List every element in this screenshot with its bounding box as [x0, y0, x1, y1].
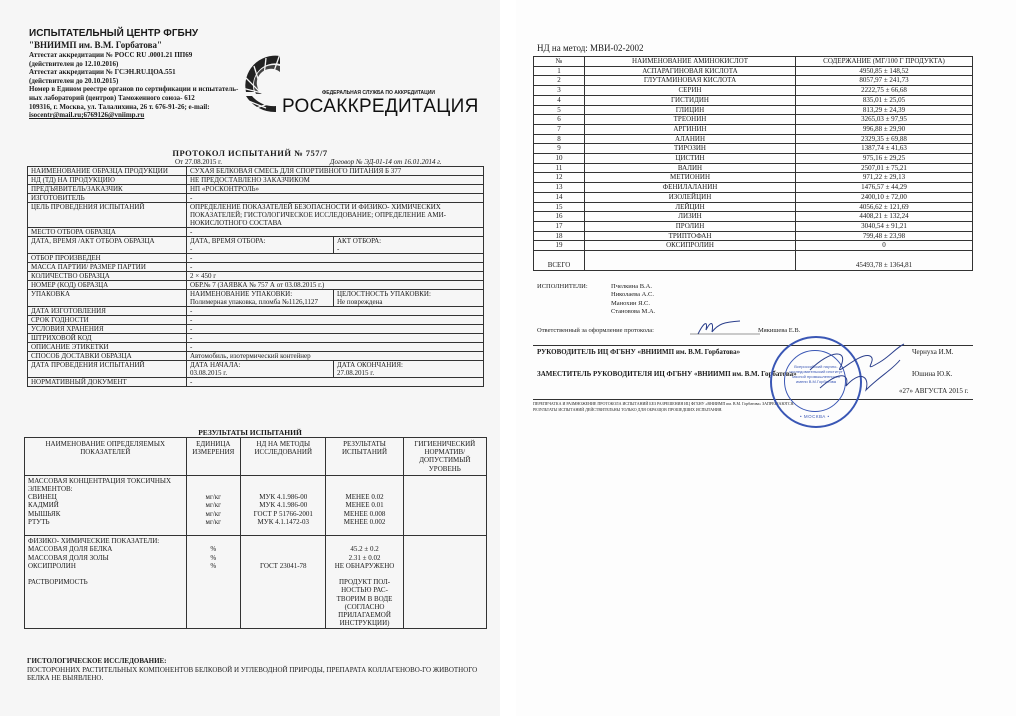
executor-name: Николаева А.С.: [611, 291, 655, 299]
results-group: ФИЗИКО- ХИМИЧЕСКИЕ ПОКАЗАТЕЛИ:МАССОВАЯ Д…: [25, 536, 487, 629]
info-key: ДАТА, ВРЕМЯ /АКТ ОТБОРА ОБРАЗЦА: [28, 237, 187, 254]
info-value: Автомобиль, изотермический контейнер: [187, 352, 484, 361]
amino-number: 18: [534, 231, 585, 241]
info-row: ЦЕЛЬ ПРОВЕДЕНИЯ ИСПЫТАНИЙОПРЕДЕЛЕНИЕ ПОК…: [28, 203, 484, 228]
info-subcell: ДАТА ОКОНЧАНИЯ:27.08.2015 г.: [334, 361, 484, 378]
info-row: ОТБОР ПРОИЗВЕДЕН-: [28, 254, 484, 263]
amino-number: 6: [534, 115, 585, 125]
results-header: РЕЗУЛЬТАТЫ ИСПЫТАНИЙ: [326, 438, 403, 476]
amino-total-label: ВСЕГО: [534, 251, 585, 271]
amino-header: НАИМЕНОВАНИЕ АМИНОКИСЛОТ: [585, 57, 796, 67]
method-value: [244, 545, 322, 553]
amino-name: ТРИПТОФАН: [585, 231, 796, 241]
info-key: УПАКОВКА: [28, 290, 187, 307]
info-value: -: [187, 228, 484, 237]
amino-number: 1: [534, 66, 585, 76]
footnote-line-1: ПЕРЕПЕЧАТКА И РАЗМНОЖЕНИЕ ПРОТОКОЛА ИСПЫ…: [533, 401, 794, 407]
indicator-name: СВИНЕЦ: [28, 493, 183, 501]
info-key: НД (ТД) НА ПРОДУКЦИЮ: [28, 176, 187, 185]
info-row: ИЗГОТОВИТЕЛЬ-: [28, 194, 484, 203]
info-row: СРОК ГОДНОСТИ-: [28, 316, 484, 325]
amino-name: ФЕНИЛАЛАНИН: [585, 183, 796, 193]
stamp-city: • МОСКВА •: [800, 414, 830, 419]
amino-number: 17: [534, 221, 585, 231]
amino-row: 10ЦИСТИН975,16 ± 29,25: [534, 154, 973, 164]
method-value: [244, 554, 322, 562]
info-value: НЕ ПРЕДОСТАВЛЕНО ЗАКАЗЧИКОМ: [187, 176, 484, 185]
info-value: ОБР.№ 7 (ЗАЯВКА № 757 А от 03.08.2015 г.…: [187, 281, 484, 290]
spacer: [190, 477, 238, 485]
info-row: КОЛИЧЕСТВО ОБРАЗЦА2 × 450 г: [28, 272, 484, 281]
info-row: ШТРИХОВОЙ КОД-: [28, 334, 484, 343]
info-value: -: [187, 325, 484, 334]
info-value: -: [187, 307, 484, 316]
amino-number: 10: [534, 154, 585, 164]
amino-number: 16: [534, 212, 585, 222]
amino-number: 8: [534, 134, 585, 144]
info-value: ОПРЕДЕЛЕНИЕ ПОКАЗАТЕЛЕЙ БЕЗОПАСНОСТИ И Ф…: [187, 203, 484, 228]
footnote: ПЕРЕПЕЧАТКА И РАЗМНОЖЕНИЕ ПРОТОКОЛА ИСПЫ…: [533, 401, 794, 412]
info-key: СПОСОБ ДОСТАВКИ ОБРАЗЦА: [28, 352, 187, 361]
amino-value: 8057,97 ± 241,73: [796, 76, 973, 86]
result-value: МЕНЕЕ 0.008: [329, 510, 399, 518]
unit-value: мг/кг: [190, 501, 238, 509]
head-title: РУКОВОДИТЕЛЬ ИЦ ФГБНУ «ВНИИМП им. В.М. Г…: [537, 348, 740, 356]
info-value: -: [187, 263, 484, 272]
amino-row: 9ТИРОЗИН1387,74 ± 41,63: [534, 144, 973, 154]
amino-value: 4408,21 ± 132,24: [796, 212, 973, 222]
indicator-name: МАССОВАЯ ДОЛЯ ЗОЛЫ: [28, 554, 183, 562]
sub-value: Не повреждена: [337, 298, 480, 306]
results-header: ЕДИНИЦА ИЗМЕРЕНИЯ: [186, 438, 241, 476]
info-key: УСЛОВИЯ ХРАНЕНИЯ: [28, 325, 187, 334]
results-header: НАИМЕНОВАНИЕ ОПРЕДЕЛЯЕМЫХ ПОКАЗАТЕЛЕЙ: [25, 438, 187, 476]
method-cell: ГОСТ 23041-78: [241, 536, 326, 629]
method-value: МУК 4.1.1472-03: [244, 518, 322, 526]
sub-value: 27.08.2015 г.: [337, 369, 480, 377]
amino-name: ГЛУТАМИНОВАЯ КИСЛОТА: [585, 76, 796, 86]
amino-number: 7: [534, 124, 585, 134]
method-reference: НД на метод: МВИ-02-2002: [537, 43, 644, 53]
amino-value: 971,22 ± 29,13: [796, 173, 973, 183]
amino-acid-table: №НАИМЕНОВАНИЕ АМИНОКИСЛОТСОДЕРЖАНИЕ (МГ/…: [533, 56, 973, 271]
amino-row: 4ГИСТИДИН835,01 ± 25,05: [534, 95, 973, 105]
info-key: ОПИСАНИЕ ЭТИКЕТКИ: [28, 343, 187, 352]
results-group: МАССОВАЯ КОНЦЕНТРАЦИЯ ТОКСИЧНЫХ ЭЛЕМЕНТО…: [25, 475, 487, 535]
unit-cell: %%%: [186, 536, 241, 629]
amino-total-row: ВСЕГО45493,78 ± 1364,81: [534, 251, 973, 271]
spacer: [28, 570, 183, 578]
amino-name: ЛИЗИН: [585, 212, 796, 222]
spacer: [244, 477, 322, 485]
amino-number: 14: [534, 192, 585, 202]
group-title: ФИЗИКО- ХИМИЧЕСКИЕ ПОКАЗАТЕЛИ:: [28, 537, 183, 545]
histology-text: ПОСТОРОННИХ РАСТИТЕЛЬНЫХ КОМПОНЕНТОВ БЕЛ…: [27, 666, 487, 683]
info-key: МАССА ПАРТИИ/ РАЗМЕР ПАРТИИ: [28, 263, 187, 272]
amino-name: ТИРОЗИН: [585, 144, 796, 154]
amino-row: 2ГЛУТАМИНОВАЯ КИСЛОТА8057,97 ± 241,73: [534, 76, 973, 86]
signature-icon: [800, 340, 910, 398]
amino-value: 2222,75 ± 66,68: [796, 86, 973, 96]
amino-name: ИЗОЛЕЙЦИН: [585, 192, 796, 202]
amino-row: 8АЛАНИН2329,35 ± 69,88: [534, 134, 973, 144]
spacer: [329, 570, 399, 578]
info-row: НАИМЕНОВАНИЕ ОБРАЗЦА ПРОДУКЦИИСУХАЯ БЕЛК…: [28, 167, 484, 176]
sub-label: ДАТА, ВРЕМЯ ОТБОРА:: [190, 237, 330, 245]
info-value: 2 × 450 г: [187, 272, 484, 281]
amino-name: ГИСТИДИН: [585, 95, 796, 105]
result-cell: МЕНЕЕ 0.02МЕНЕЕ 0.01МЕНЕЕ 0.008МЕНЕЕ 0.0…: [326, 475, 403, 535]
info-key: СРОК ГОДНОСТИ: [28, 316, 187, 325]
amino-row: 12МЕТИОНИН971,22 ± 29,13: [534, 173, 973, 183]
amino-name: ГЛИЦИН: [585, 105, 796, 115]
group-title: МАССОВАЯ КОНЦЕНТРАЦИЯ ТОКСИЧНЫХ ЭЛЕМЕНТО…: [28, 477, 183, 493]
unit-value: мг/кг: [190, 493, 238, 501]
amino-row: 13ФЕНИЛАЛАНИН1476,57 ± 44,29: [534, 183, 973, 193]
responsible-label: Ответственный за оформление протокола:: [537, 327, 654, 334]
info-subcell: ЦЕЛОСТНОСТЬ УПАКОВКИ:Не повреждена: [334, 290, 484, 307]
info-row: ПРЕДЪЯВИТЕЛЬ/ЗАКАЗЧИКНП «РОСКОНТРОЛЬ»: [28, 185, 484, 194]
spacer: [28, 526, 183, 534]
amino-value: 4950,85 ± 148,52: [796, 66, 973, 76]
amino-value: 835,01 ± 25,05: [796, 95, 973, 105]
amino-number: 15: [534, 202, 585, 212]
info-key: КОЛИЧЕСТВО ОБРАЗЦА: [28, 272, 187, 281]
spacer: [329, 477, 399, 485]
protocol-page-left: ИСПЫТАТЕЛЬНЫЙ ЦЕНТР ФГБНУ "ВНИИМП им. В.…: [0, 0, 500, 716]
info-row: НОМЕР (КОД) ОБРАЗЦАОБР.№ 7 (ЗАЯВКА № 757…: [28, 281, 484, 290]
unit-value: мг/кг: [190, 510, 238, 518]
info-key: НАИМЕНОВАНИЕ ОБРАЗЦА ПРОДУКЦИИ: [28, 167, 187, 176]
info-row: НД (ТД) НА ПРОДУКЦИЮНЕ ПРЕДОСТАВЛЕНО ЗАК…: [28, 176, 484, 185]
indicator-name: РАСТВОРИМОСТЬ: [28, 578, 183, 586]
head-name: Чернуха И.М.: [912, 348, 953, 356]
info-key: ЦЕЛЬ ПРОВЕДЕНИЯ ИСПЫТАНИЙ: [28, 203, 187, 228]
executors-label: ИСПОЛНИТЕЛИ:: [537, 283, 588, 291]
amino-value: 996,88 ± 29,90: [796, 124, 973, 134]
result-value: 2.31 ± 0.02: [329, 554, 399, 562]
info-key: МЕСТО ОТБОРА ОБРАЗЦА: [28, 228, 187, 237]
sub-value: -: [337, 245, 480, 253]
protocol-date: От 27.08.2015 г.: [175, 158, 222, 166]
histology-title: ГИСТОЛОГИЧЕСКОЕ ИССЛЕДОВАНИЕ:: [27, 657, 487, 666]
info-row: УПАКОВКАНАИМЕНОВАНИЕ УПАКОВКИ:Полимерная…: [28, 290, 484, 307]
info-subcell: НАИМЕНОВАНИЕ УПАКОВКИ:Полимерная упаковк…: [187, 290, 334, 307]
method-value: МУК 4.1.986-00: [244, 501, 322, 509]
amino-value: 2329,35 ± 69,88: [796, 134, 973, 144]
info-value: -: [187, 343, 484, 352]
unit-value: мг/кг: [190, 518, 238, 526]
amino-value: 3040,54 ± 91,21: [796, 221, 973, 231]
amino-number: 9: [534, 144, 585, 154]
footnote-line-2: РЕЗУЛЬТАТЫ ИСПЫТАНИЙ ДЕЙСТВИТЕЛЬНЫ ТОЛЬК…: [533, 407, 794, 413]
unit-value: %: [190, 554, 238, 562]
result-value: 45.2 ± 0.2: [329, 545, 399, 553]
amino-value: 1387,74 ± 41,63: [796, 144, 973, 154]
amino-name: АРГИНИН: [585, 124, 796, 134]
histology-section: ГИСТОЛОГИЧЕСКОЕ ИССЛЕДОВАНИЕ: ПОСТОРОННИ…: [27, 657, 487, 683]
result-value: МЕНЕЕ 0.02: [329, 493, 399, 501]
amino-row: 16ЛИЗИН4408,21 ± 132,24: [534, 212, 973, 222]
sub-value: 03.08.2015 г.: [190, 369, 330, 377]
info-key: ОТБОР ПРОИЗВЕДЕН: [28, 254, 187, 263]
results-title: РЕЗУЛЬТАТЫ ИСПЫТАНИЙ: [0, 428, 500, 437]
deputy-title: ЗАМЕСТИТЕЛЬ РУКОВОДИТЕЛЯ ИЦ ФГБНУ «ВНИИМ…: [537, 370, 797, 378]
info-key: НОРМАТИВНЫЙ ДОКУМЕНТ: [28, 378, 187, 387]
executor-name: Пчелкина В.А.: [611, 283, 655, 291]
amino-value: 1476,57 ± 44,29: [796, 183, 973, 193]
contract-number: Договор № ЭД-01-14 от 16.01.2014 г.: [330, 158, 442, 166]
amino-name: ПРОЛИН: [585, 221, 796, 231]
amino-name: ВАЛИН: [585, 163, 796, 173]
amino-row: 14ИЗОЛЕЙЦИН2400,10 ± 72,00: [534, 192, 973, 202]
info-key: ПРЕДЪЯВИТЕЛЬ/ЗАКАЗЧИК: [28, 185, 187, 194]
amino-number: 3: [534, 86, 585, 96]
indicator-cell: ФИЗИКО- ХИМИЧЕСКИЕ ПОКАЗАТЕЛИ:МАССОВАЯ Д…: [25, 536, 187, 629]
amino-name: АЛАНИН: [585, 134, 796, 144]
amino-row: 5ГЛИЦИН813,29 ± 24,39: [534, 105, 973, 115]
sub-label: АКТ ОТБОРА:: [337, 237, 480, 245]
info-subcell: АКТ ОТБОРА:-: [334, 237, 484, 254]
info-row: ДАТА ИЗГОТОВЛЕНИЯ-: [28, 307, 484, 316]
info-value: -: [187, 316, 484, 325]
info-value: -: [187, 194, 484, 203]
amino-row: 6ТРЕОНИН3265,03 ± 97,95: [534, 115, 973, 125]
amino-name: ОКСИПРОЛИН: [585, 241, 796, 251]
info-key: НОМЕР (КОД) ОБРАЗЦА: [28, 281, 187, 290]
result-cell: 45.2 ± 0.22.31 ± 0.02НЕ ОБНАРУЖЕНО ПРОДУ…: [326, 536, 403, 629]
amino-header: №: [534, 57, 585, 67]
amino-row: 11ВАЛИН2507,01 ± 75,21: [534, 163, 973, 173]
info-key: ШТРИХОВОЙ КОД: [28, 334, 187, 343]
amino-number: 19: [534, 241, 585, 251]
results-header: ГИГИЕНИЧЕСКИЙ НОРМАТИВ/ ДОПУСТИМЫЙ УРОВЕ…: [403, 438, 486, 476]
amino-value: 0: [796, 241, 973, 251]
sample-info-table: НАИМЕНОВАНИЕ ОБРАЗЦА ПРОДУКЦИИСУХАЯ БЕЛК…: [27, 166, 484, 387]
info-value: -: [187, 334, 484, 343]
rosakkreditaciya-logo: ФЕДЕРАЛЬНАЯ СЛУЖБА ПО АККРЕДИТАЦИИ РОСАК…: [236, 52, 456, 114]
info-key: ИЗГОТОВИТЕЛЬ: [28, 194, 187, 203]
spacer: [329, 485, 399, 493]
amino-total-empty: [585, 251, 796, 271]
amino-name: СЕРИН: [585, 86, 796, 96]
unit-value: %: [190, 562, 238, 570]
norm-cell: [403, 536, 486, 629]
indicator-name: КАДМИЙ: [28, 501, 183, 509]
amino-number: 13: [534, 183, 585, 193]
sub-label: ДАТА ОКОНЧАНИЯ:: [337, 361, 480, 369]
info-row: МАССА ПАРТИИ/ РАЗМЕР ПАРТИИ-: [28, 263, 484, 272]
info-row: ОПИСАНИЕ ЭТИКЕТКИ-: [28, 343, 484, 352]
executor-name: Становова М.А.: [611, 308, 655, 316]
sub-label: НАИМЕНОВАНИЕ УПАКОВКИ:: [190, 290, 330, 298]
amino-name: АСПАРАГИНОВАЯ КИСЛОТА: [585, 66, 796, 76]
indicator-name: РТУТЬ: [28, 518, 183, 526]
amino-value: 4056,62 ± 121,69: [796, 202, 973, 212]
amino-total-value: 45493,78 ± 1364,81: [796, 251, 973, 271]
amino-number: 11: [534, 163, 585, 173]
amino-name: МЕТИОНИН: [585, 173, 796, 183]
amino-name: ТРЕОНИН: [585, 115, 796, 125]
amino-number: 5: [534, 105, 585, 115]
info-row: УСЛОВИЯ ХРАНЕНИЯ-: [28, 325, 484, 334]
logo-name: РОСАККРЕДИТАЦИЯ: [282, 96, 479, 118]
method-value: ГОСТ 23041-78: [244, 562, 322, 570]
indicator-cell: МАССОВАЯ КОНЦЕНТРАЦИЯ ТОКСИЧНЫХ ЭЛЕМЕНТО…: [25, 475, 187, 535]
sub-label: ЦЕЛОСТНОСТЬ УПАКОВКИ:: [337, 290, 480, 298]
responsible-name: Мякишева Е.В.: [758, 327, 800, 334]
method-cell: МУК 4.1.986-00МУК 4.1.986-00ГОСТ Р 51766…: [241, 475, 326, 535]
executors-list: Пчелкина В.А.Николаева А.С.Манохин Я.С.С…: [611, 283, 655, 316]
executor-name: Манохин Я.С.: [611, 300, 655, 308]
spacer: [190, 485, 238, 493]
spacer: [28, 586, 183, 594]
norm-cell: [403, 475, 486, 535]
info-row: СПОСОБ ДОСТАВКИ ОБРАЗЦААвтомобиль, изоте…: [28, 352, 484, 361]
sub-value: -: [190, 245, 330, 253]
info-key: ДАТА ПРОВЕДЕНИЯ ИСПЫТАНИЙ: [28, 361, 187, 378]
unit-value: %: [190, 545, 238, 553]
amino-value: 799,48 ± 23,98: [796, 231, 973, 241]
amino-name: ЦИСТИН: [585, 154, 796, 164]
spacer: [329, 537, 399, 545]
amino-value: 975,16 ± 29,25: [796, 154, 973, 164]
amino-number: 4: [534, 95, 585, 105]
sub-label: ДАТА НАЧАЛА:: [190, 361, 330, 369]
result-value: МЕНЕЕ 0.002: [329, 518, 399, 526]
indicator-name: МЫШЬЯК: [28, 510, 183, 518]
results-table: НАИМЕНОВАНИЕ ОПРЕДЕЛЯЕМЫХ ПОКАЗАТЕЛЕЙЕДИ…: [24, 437, 487, 629]
info-value: СУХАЯ БЕЛКОВАЯ СМЕСЬ ДЛЯ СПОРТИВНОГО ПИТ…: [187, 167, 484, 176]
spacer: [190, 537, 238, 545]
amino-row: 1АСПАРАГИНОВАЯ КИСЛОТА4950,85 ± 148,52: [534, 66, 973, 76]
amino-row: 17ПРОЛИН3040,54 ± 91,21: [534, 221, 973, 231]
amino-value: 3265,03 ± 97,95: [796, 115, 973, 125]
info-row: МЕСТО ОТБОРА ОБРАЗЦА-: [28, 228, 484, 237]
info-subcell: ДАТА, ВРЕМЯ ОТБОРА:-: [187, 237, 334, 254]
method-value: МУК 4.1.986-00: [244, 493, 322, 501]
indicator-name: ОКСИПРОЛИН: [28, 562, 183, 570]
org-name: ИСПЫТАТЕЛЬНЫЙ ЦЕНТР ФГБНУ: [29, 28, 329, 40]
results-header: НД НА МЕТОДЫ ИССЛЕДОВАНИЙ: [241, 438, 326, 476]
result-value: МЕНЕЕ 0.01: [329, 501, 399, 509]
divider: [533, 399, 973, 400]
info-row: ДАТА, ВРЕМЯ /АКТ ОТБОРА ОБРАЗЦАДАТА, ВРЕ…: [28, 237, 484, 254]
spacer: [244, 537, 322, 545]
protocol-title: ПРОТОКОЛ ИСПЫТАНИЙ № 757/7: [0, 148, 500, 158]
info-value: -: [187, 378, 484, 387]
amino-row: 15ЛЕЙЦИН4056,62 ± 121,69: [534, 202, 973, 212]
info-value: -: [187, 254, 484, 263]
amino-row: 18ТРИПТОФАН799,48 ± 23,98: [534, 231, 973, 241]
amino-header: СОДЕРЖАНИЕ (МГ/100 Г ПРОДУКТА): [796, 57, 973, 67]
result-value: ПРОДУКТ ПОЛ-НОСТЬЮ РАС-ТВОРИМ В ВОДЕ (СО…: [329, 578, 399, 627]
amino-number: 12: [534, 173, 585, 183]
signature-icon: [690, 318, 760, 336]
info-row: ДАТА ПРОВЕДЕНИЯ ИСПЫТАНИЙДАТА НАЧАЛА:03.…: [28, 361, 484, 378]
amino-value: 2507,01 ± 75,21: [796, 163, 973, 173]
amino-row: 3СЕРИН2222,75 ± 66,68: [534, 86, 973, 96]
amino-value: 2400,10 ± 72,00: [796, 192, 973, 202]
info-subcell: ДАТА НАЧАЛА:03.08.2015 г.: [187, 361, 334, 378]
method-value: ГОСТ Р 51766-2001: [244, 510, 322, 518]
sub-value: Полимерная упаковка, пломба №1126,1127: [190, 298, 330, 306]
amino-row: 7АРГИНИН996,88 ± 29,90: [534, 124, 973, 134]
org-subname: "ВНИИМП им. В.М. Горбатова": [29, 40, 329, 51]
indicator-name: МАССОВАЯ ДОЛЯ БЕЛКА: [28, 545, 183, 553]
deputy-name: Юшина Ю.К.: [912, 370, 952, 378]
info-value: НП «РОСКОНТРОЛЬ»: [187, 185, 484, 194]
result-value: НЕ ОБНАРУЖЕНО: [329, 562, 399, 570]
amino-number: 2: [534, 76, 585, 86]
amino-name: ЛЕЙЦИН: [585, 202, 796, 212]
info-row: НОРМАТИВНЫЙ ДОКУМЕНТ-: [28, 378, 484, 387]
amino-row: 19ОКСИПРОЛИН0: [534, 241, 973, 251]
spacer: [244, 485, 322, 493]
amino-value: 813,29 ± 24,39: [796, 105, 973, 115]
info-key: ДАТА ИЗГОТОВЛЕНИЯ: [28, 307, 187, 316]
unit-cell: мг/кгмг/кгмг/кгмг/кг: [186, 475, 241, 535]
